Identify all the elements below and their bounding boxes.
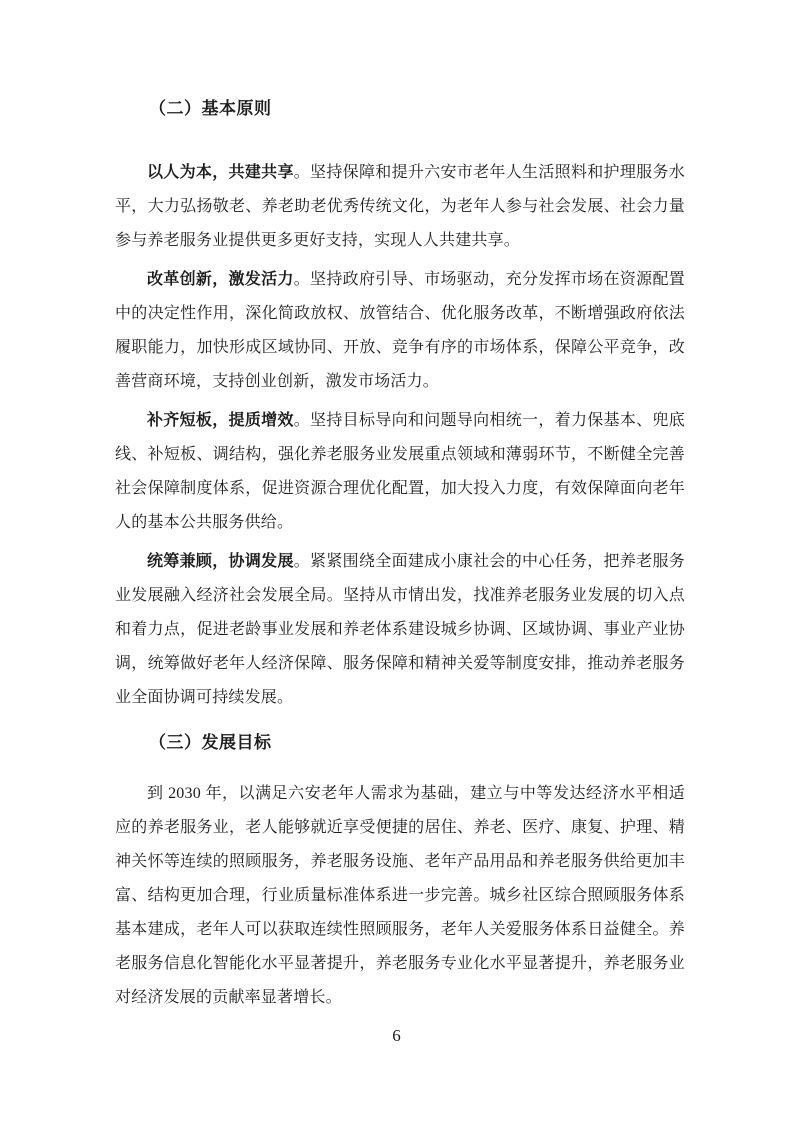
- document-page: （二）基本原则 以人为本，共建共享。坚持保障和提升六安市老年人生活照料和护理服务…: [0, 0, 793, 1122]
- section-heading-development-goals: （三）发展目标: [115, 730, 685, 756]
- paragraph-text: 。紧紧围绕全面建成小康社会的中心任务，把养老服务业发展融入经济社会发展全局。坚持…: [115, 553, 685, 706]
- paragraph-2030-goals: 到 2030 年，以满足六安老年人需求为基础，建立与中等发达经济水平相适应的养老…: [115, 777, 685, 1015]
- paragraph-text: 到 2030 年，以满足六安老年人需求为基础，建立与中等发达经济水平相适应的养老…: [115, 785, 685, 1006]
- paragraph-people-first: 以人为本，共建共享。坚持保障和提升六安市老年人生活照料和护理服务水平，大力弘扬敬…: [115, 156, 685, 258]
- page-number: 6: [0, 1024, 793, 1048]
- paragraph-reform-innovation: 改革创新，激发活力。坚持政府引导、市场驱动，充分发挥市场在资源配置中的决定性作用…: [115, 263, 685, 399]
- paragraph-fill-shortboard: 补齐短板，提质增效。坚持目标导向和问题导向相统一，着力保基本、兜底线、补短板、调…: [115, 404, 685, 540]
- section-heading-basic-principles: （二）基本原则: [115, 96, 685, 122]
- document-content: （二）基本原则 以人为本，共建共享。坚持保障和提升六安市老年人生活照料和护理服务…: [115, 96, 685, 1020]
- paragraph-lead-in: 补齐短板，提质增效: [147, 412, 294, 429]
- paragraph-lead-in: 统筹兼顾，协调发展: [147, 553, 294, 570]
- paragraph-lead-in: 改革创新，激发活力: [147, 271, 294, 288]
- paragraph-lead-in: 以人为本，共建共享: [147, 164, 294, 181]
- paragraph-text: 。坚持政府引导、市场驱动，充分发挥市场在资源配置中的决定性作用，深化简政放权、放…: [115, 271, 685, 390]
- paragraph-overall-coordination: 统筹兼顾，协调发展。紧紧围绕全面建成小康社会的中心任务，把养老服务业发展融入经济…: [115, 545, 685, 715]
- paragraph-text: 。坚持目标导向和问题导向相统一，着力保基本、兜底线、补短板、调结构，强化养老服务…: [115, 412, 685, 531]
